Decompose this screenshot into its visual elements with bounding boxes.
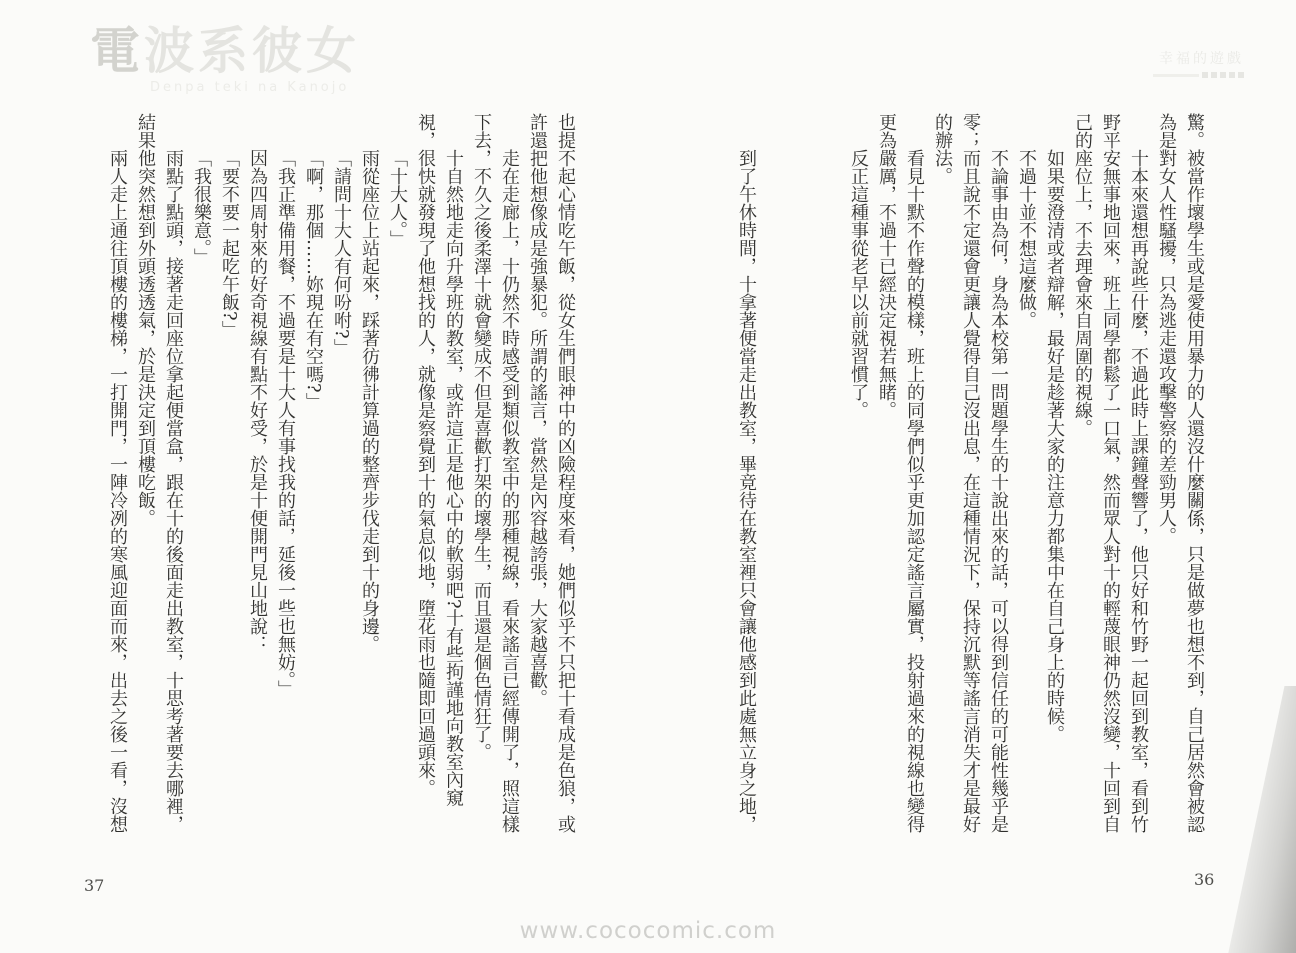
paragraph: 十本來還想再說些什麼，不過此時上課鐘聲響了，他只好和竹野一起回到教室，看到竹野平… [1068,113,1152,835]
paragraph: 不論事由為何，身為本校第一問題學生的十說出來的話，可以得到信任的可能性幾乎是零；… [928,113,1012,835]
decoration-square [1229,72,1235,78]
series-logo: 電波系彼女 Denpa teki na Kanojo [90,26,360,95]
decoration-square [1202,72,1208,78]
scan-edge-shadow [1224,686,1296,953]
chapter-header: 幸福的遊戲 [1153,48,1244,78]
page-37-body-text: 也提不起心情吃午飯，從女生們眼神中的凶險程度來看，她們似乎不只把十看成是色狼，或… [99,113,579,835]
paragraph: 「要不要一起吃午飯?」 [215,113,243,835]
paragraph: 反正這種事從老早以前就習慣了。 [844,113,872,835]
paragraph: 十自然地走向升學班的教室，或許這正是他心中的軟弱吧?十有些拘謹地向教室內窺視，很… [411,113,467,835]
paragraph: 到了午休時間，十拿著便當走出教室，畢竟待在教室裡只會讓他感到此處無立身之地， [732,113,760,835]
page-36-body-text: 驚。被當作壞學生或是愛使用暴力的人還沒什麼關係，只是做夢也想不到，自己居然會被認… [722,113,1208,835]
paragraph: 不過十並不想這麼做。 [1012,113,1040,835]
page-number-37: 37 [84,876,104,895]
chapter-header-decoration [1153,72,1244,78]
paragraph: 「我正準備用餐，不過要是十大人有事找我的話，延後一些也無妨。」 [271,113,299,835]
paragraph: 「請問十大人有何吩咐?」 [327,113,355,835]
page-number-36: 36 [1194,870,1214,889]
paragraph: 雨點了點頭，接著走回座位拿起便當盒，跟在十的後面走出教室，十思考著要去哪裡，結果… [131,113,187,835]
decoration-square [1220,72,1226,78]
paragraph: 走在走廊上，十仍然不時感受到類似教室中的那種視線，看來謠言已經傳開了，照這樣下去… [467,113,523,835]
decoration-line [1153,74,1199,77]
paragraph: 「啊，那個……妳現在有空嗎?」 [299,113,327,835]
paragraph: 驚。被當作壞學生或是愛使用暴力的人還沒什麼關係，只是做夢也想不到，自己居然會被認… [1152,113,1208,835]
paragraph: 如果要澄清或者辯解，最好是趁著大家的注意力都集中在自己身上的時候。 [1040,113,1068,835]
series-logo-romaji: Denpa teki na Kanojo [150,80,360,95]
scanned-novel-spread: { "logo": { "title": "電波系彼女", "subtitle"… [0,0,1296,953]
series-logo-title: 電波系彼女 [90,26,360,76]
site-watermark: www.cococomic.com [520,918,777,944]
chapter-header-title: 幸福的遊戲 [1153,48,1244,68]
paragraph: 「我很樂意。」 [187,113,215,835]
paragraph: 也提不起心情吃午飯，從女生們眼神中的凶險程度來看，她們似乎不只把十看成是色狼，或… [523,113,579,835]
paragraph: 因為四周射來的好奇視線有點不好受，於是十便開門見山地說： [243,113,271,835]
decoration-square [1238,72,1244,78]
decoration-square [1211,72,1217,78]
paragraph: 看見十默不作聲的模樣，班上的同學們似乎更加認定謠言屬實，投射過來的視線也變得更為… [872,113,928,835]
paragraph: 「十大人。」 [383,113,411,835]
paragraph: 兩人走上通往頂樓的樓梯，一打開門，一陣冷冽的寒風迎面而來，出去之後一看，沒想 [103,113,131,835]
paragraph: 雨從座位上站起來，踩著彷彿計算過的整齊步伐走到十的身邊。 [355,113,383,835]
